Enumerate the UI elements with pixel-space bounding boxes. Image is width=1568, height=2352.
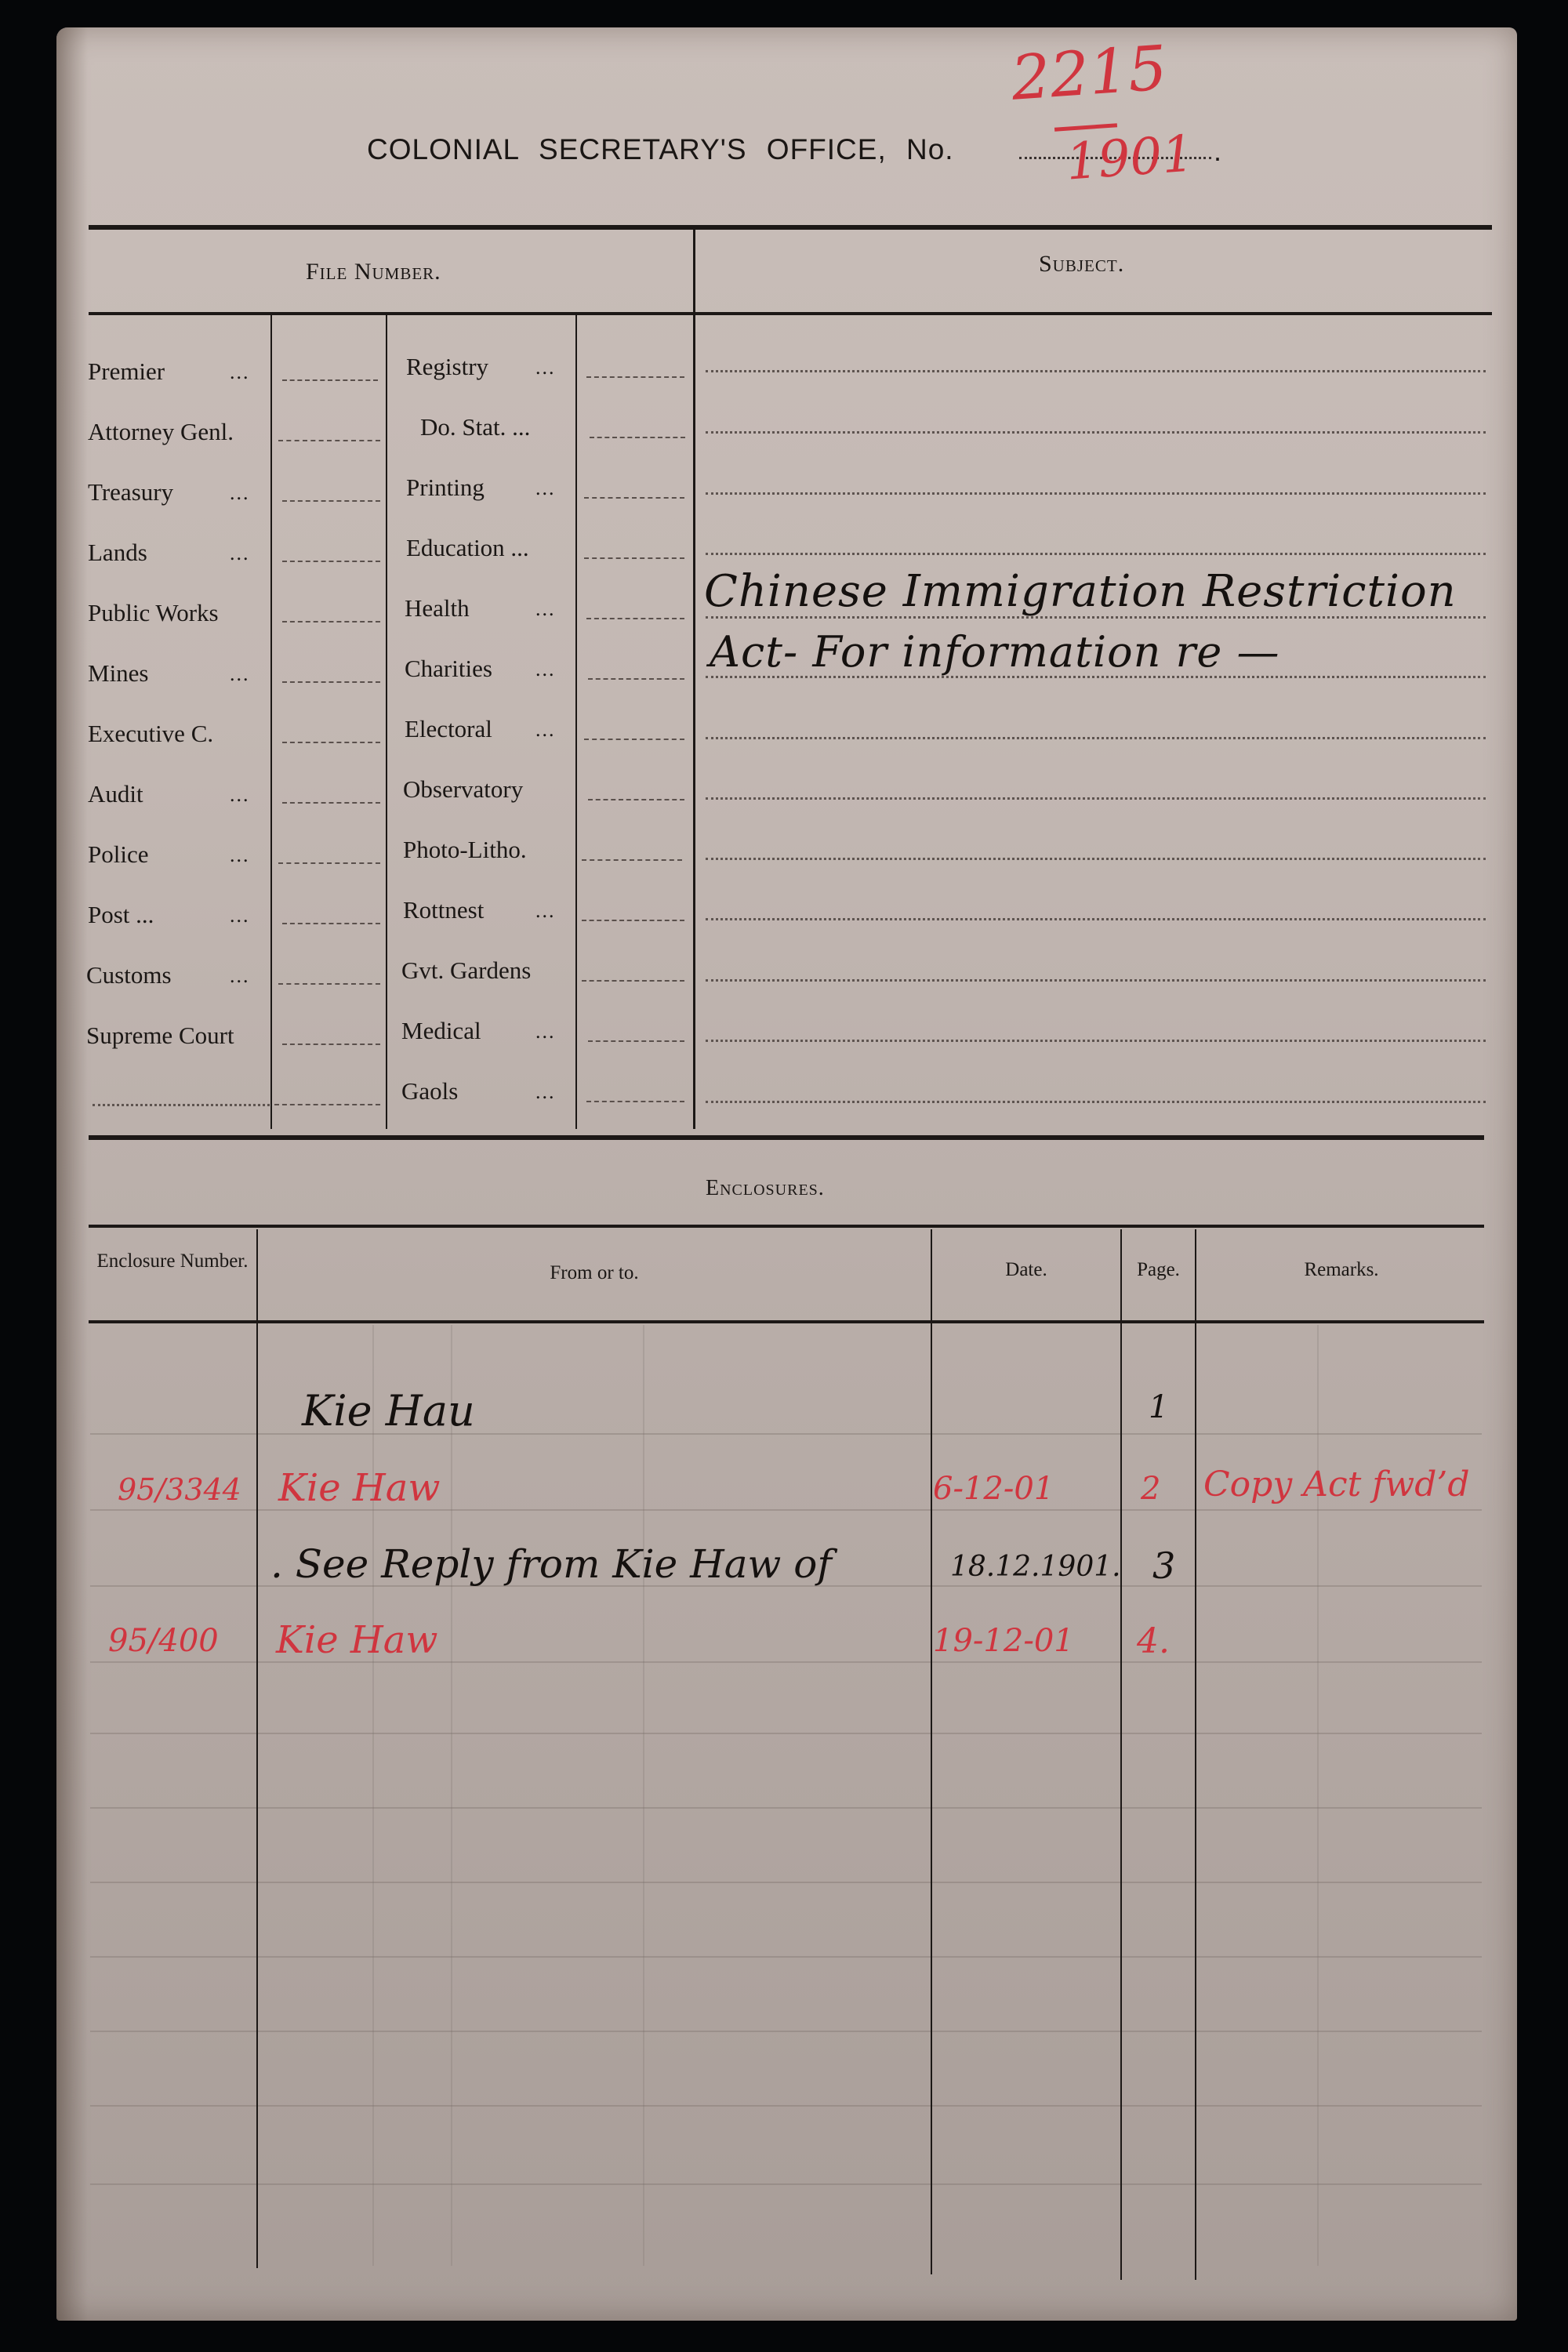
subject-line	[706, 370, 1486, 372]
ledger-line	[90, 2105, 1482, 2107]
enc-from-to: Kie Hau	[302, 1386, 475, 1436]
ledger-vline	[451, 1325, 452, 2266]
dept-health: Health	[405, 596, 470, 620]
dept-printing-dots: ...	[535, 478, 556, 499]
file-field[interactable]	[588, 799, 684, 800]
dept-charities: Charities	[405, 656, 492, 681]
ledger-line	[90, 1433, 1482, 1435]
dept-mines-dots: ...	[230, 664, 250, 684]
dept-medical-dots: ...	[535, 1022, 556, 1042]
subject-text-line-2: Act- For information re —	[710, 627, 1279, 677]
subject-text-line-1: Chinese Immigration Restriction	[704, 566, 1457, 617]
subject-line	[706, 858, 1486, 860]
ledger-line	[90, 1807, 1482, 1809]
file-field[interactable]	[282, 742, 380, 743]
enc-date: 18.12.1901.	[950, 1551, 1121, 1583]
ledger-vline	[643, 1325, 644, 2266]
ledger-line	[90, 1956, 1482, 1958]
dept-post-dots: ...	[230, 906, 250, 926]
enc-col-divider-page	[1195, 1229, 1196, 2280]
file-field[interactable]	[582, 980, 684, 982]
enc-date: 6-12-01	[933, 1471, 1054, 1507]
file-field[interactable]	[282, 1044, 380, 1045]
dept-do-stat: Do. Stat. ...	[420, 415, 530, 439]
file-field[interactable]	[282, 621, 380, 622]
file-field[interactable]	[586, 1101, 684, 1102]
file-field[interactable]	[282, 802, 380, 804]
enclosures-heading: Enclosures.	[706, 1176, 825, 1201]
subject-line	[706, 737, 1486, 739]
subject-line	[706, 431, 1486, 434]
enc-remarks: Copy Act fwd’d	[1203, 1465, 1470, 1504]
dept-audit: Audit	[88, 782, 143, 806]
file-field[interactable]	[278, 862, 380, 864]
enclosures-top-rule	[89, 1135, 1484, 1140]
file-field[interactable]	[282, 681, 380, 683]
file-field[interactable]	[590, 437, 685, 438]
ledger-line	[90, 1733, 1482, 1734]
dept-photo-litho: Photo-Litho.	[403, 837, 527, 862]
file-field[interactable]	[282, 923, 380, 924]
enc-date: 19-12-01	[933, 1623, 1074, 1659]
file-field[interactable]	[584, 557, 684, 559]
enclosures-header-rule	[89, 1225, 1484, 1228]
enc-page: 4.	[1137, 1621, 1170, 1661]
col-header-remarks: Remarks.	[1196, 1259, 1486, 1282]
dept-registry: Registry	[406, 354, 488, 379]
dept-treasury: Treasury	[88, 480, 173, 504]
file-field[interactable]	[274, 1104, 380, 1105]
file-field[interactable]	[584, 739, 684, 740]
col-header-page: Page.	[1122, 1259, 1195, 1282]
col-header-from-or-to: From or to.	[258, 1262, 931, 1285]
col-header-date: Date.	[932, 1259, 1120, 1282]
file-field[interactable]	[282, 561, 380, 562]
dept-customs: Customs	[86, 963, 172, 987]
dept-rottnest: Rottnest	[403, 898, 484, 922]
col-header-enclosure-number: Enclosure Number.	[89, 1250, 256, 1273]
dept-blank-dotted-line	[93, 1104, 270, 1106]
subject-line	[706, 492, 1486, 495]
dept-gaols: Gaols	[401, 1079, 458, 1103]
enc-col-divider-from	[931, 1229, 932, 2274]
subject-line	[706, 1040, 1486, 1042]
subject-divider	[693, 227, 695, 1129]
ledger-line	[90, 2183, 1482, 2185]
dept-attorney-genl: Attorney Genl.	[88, 419, 234, 444]
dept-lands: Lands	[88, 540, 147, 564]
file-col-divider-3	[575, 315, 577, 1129]
file-col-divider-1	[270, 315, 272, 1129]
file-field[interactable]	[586, 618, 684, 619]
dept-education: Education ...	[406, 535, 529, 560]
dept-audit-dots: ...	[230, 785, 250, 805]
dept-observatory: Observatory	[403, 777, 523, 801]
file-field[interactable]	[282, 379, 378, 381]
enc-col-divider-date	[1120, 1229, 1122, 2280]
dept-registry-dots: ...	[535, 358, 556, 378]
dept-customs-dots: ...	[230, 966, 250, 986]
dept-health-dots: ...	[535, 599, 556, 619]
dept-gaols-dots: ...	[535, 1082, 556, 1102]
dept-lands-dots: ...	[230, 543, 250, 564]
enc-page: 1	[1149, 1389, 1168, 1425]
dept-printing: Printing	[406, 475, 485, 499]
file-field[interactable]	[588, 1040, 684, 1042]
enc-number: 95/400	[108, 1623, 219, 1659]
subject-heading: Subject.	[1039, 251, 1124, 278]
enc-page: 3	[1152, 1544, 1175, 1587]
enc-from-to: Kie Haw	[278, 1466, 440, 1510]
dept-post: Post ...	[88, 902, 154, 927]
dept-charities-dots: ...	[535, 659, 556, 680]
dept-police-dots: ...	[230, 845, 250, 866]
dept-premier-dots: ...	[230, 362, 250, 383]
file-field[interactable]	[588, 678, 684, 680]
office-title: COLONIAL SECRETARY'S OFFICE, No.	[367, 133, 954, 166]
file-field[interactable]	[586, 376, 684, 378]
file-field[interactable]	[278, 983, 380, 985]
dept-gvt-gardens: Gvt. Gardens	[401, 958, 531, 982]
enc-from-to: Kie Haw	[276, 1618, 437, 1662]
file-col-divider-2	[386, 315, 387, 1129]
office-number-handwritten: 2215	[1010, 38, 1169, 110]
dept-rottnest-dots: ...	[535, 901, 556, 921]
file-field[interactable]	[582, 859, 682, 861]
dept-mines: Mines	[88, 661, 149, 685]
dept-electoral: Electoral	[405, 717, 492, 741]
subject-line	[706, 918, 1486, 920]
enc-number: 95/3344	[118, 1472, 241, 1507]
office-title-period: .	[1214, 135, 1221, 168]
file-field[interactable]	[282, 500, 380, 502]
dept-executive-c: Executive C.	[88, 721, 213, 746]
office-year-handwritten: 1901	[1065, 129, 1196, 187]
file-field[interactable]	[278, 440, 380, 441]
enc-col-divider-number	[256, 1229, 258, 2268]
enclosures-columns-rule	[89, 1320, 1484, 1323]
dept-electoral-dots: ...	[535, 720, 556, 740]
dept-premier: Premier	[88, 359, 165, 383]
dept-supreme-court: Supreme Court	[86, 1023, 234, 1047]
file-field[interactable]	[582, 920, 684, 921]
ledger-line	[90, 1882, 1482, 1883]
subject-line	[706, 553, 1486, 555]
dept-treasury-dots: ...	[230, 483, 250, 503]
dept-medical: Medical	[401, 1018, 481, 1043]
dept-police: Police	[88, 842, 149, 866]
enc-from-to: . See Reply from Kie Haw of	[270, 1541, 832, 1587]
top-rule	[89, 225, 1492, 230]
ledger-line	[90, 2031, 1482, 2032]
enc-page: 2	[1141, 1471, 1160, 1507]
dept-public-works: Public Works	[88, 601, 219, 625]
file-field[interactable]	[584, 497, 684, 499]
file-number-heading: File Number.	[306, 259, 441, 285]
subject-line	[706, 979, 1486, 982]
header-bottom-rule	[89, 312, 1492, 315]
subject-line	[706, 1101, 1486, 1103]
subject-line	[706, 797, 1486, 800]
